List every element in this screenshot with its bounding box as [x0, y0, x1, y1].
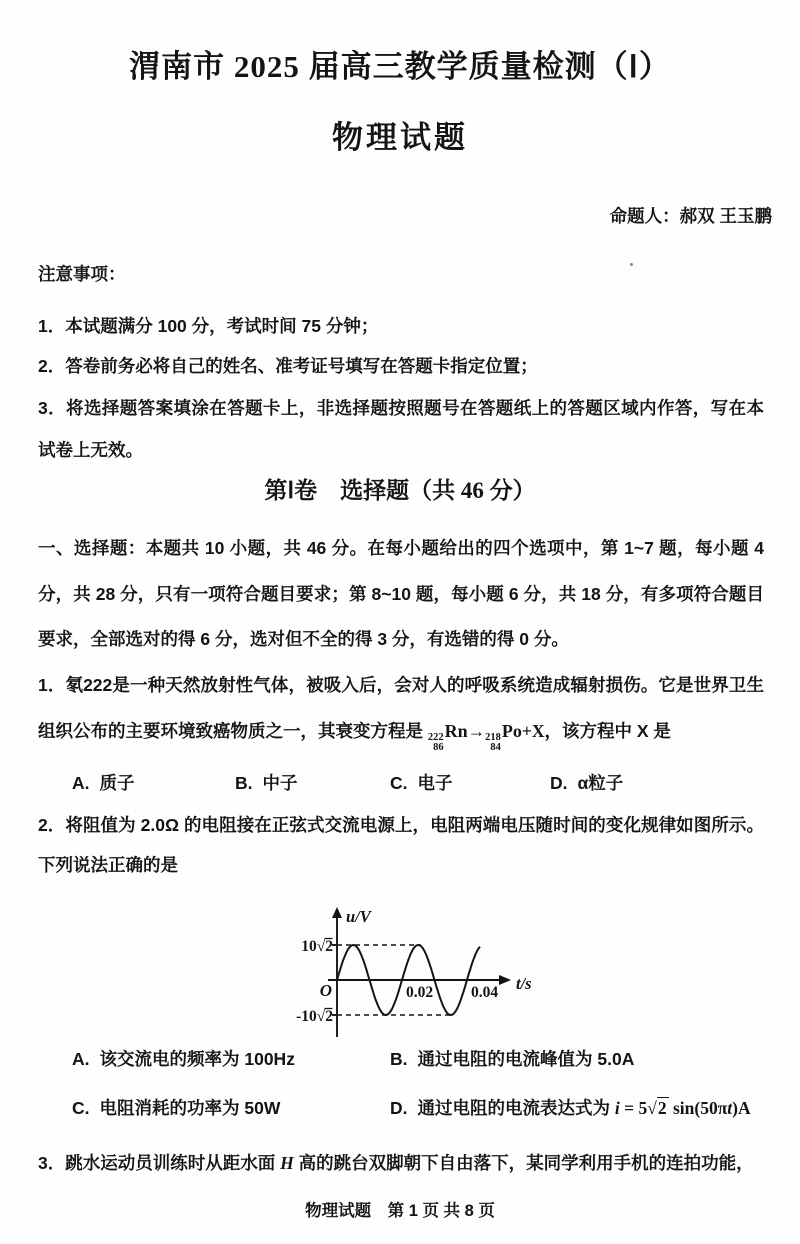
- q2-option-d-sin: sin(50π: [669, 1098, 728, 1118]
- ymin-label: -10√2: [296, 1008, 333, 1025]
- equation-tail: +X: [522, 721, 545, 741]
- q2-option-c-key: C.: [72, 1098, 90, 1118]
- question-1-stem: 1．氡222是一种天然放射性气体，被吸入后，会对人的呼吸系统造成辐射损伤。它是世…: [38, 662, 764, 754]
- exam-title: 渭南市 2025 届高三教学质量检测（Ⅰ）: [0, 41, 800, 86]
- ymax-label: 10√2: [301, 938, 333, 955]
- q1-option-a-key: A.: [72, 773, 90, 793]
- q2-option-d-eq: = 5: [620, 1098, 647, 1118]
- radical-expression: √2: [647, 1097, 668, 1118]
- q1-option-a: A.质子: [72, 772, 235, 795]
- question-2-stem: 2．将阻值为 2.0Ω 的电阻接在正弦式交流电源上，电阻两端电压随时间的变化规律…: [38, 805, 764, 885]
- po-prescripts: 21884: [485, 733, 501, 752]
- q1-option-c-label: 电子: [418, 773, 453, 793]
- xtick-0-04: 0.04: [471, 984, 498, 1001]
- q1-option-b-label: 中子: [263, 773, 298, 793]
- q1-option-d-key: D.: [550, 773, 568, 793]
- q2-option-a-label: 该交流电的频率为 100Hz: [100, 1049, 295, 1069]
- y-axis-label: u/V: [346, 907, 373, 926]
- q2-option-c: C.电阻消耗的功率为 50W: [72, 1097, 390, 1120]
- rn-prescripts: 22286: [428, 733, 444, 752]
- q1-stem-post: ，该方程中 X 是: [545, 721, 671, 741]
- x-axis-arrow-icon: [499, 975, 511, 985]
- q2-option-b: B.通过电阻的电流峰值为 5.0A: [390, 1048, 784, 1071]
- q2-option-d-unit: )A: [732, 1098, 750, 1118]
- question-2-options: A.该交流电的频率为 100Hz B.通过电阻的电流峰值为 5.0A C.电阻消…: [72, 1048, 784, 1120]
- height-variable: H: [280, 1153, 294, 1173]
- exam-setters: 命题人：郝双 王玉鹏: [610, 203, 772, 228]
- q1-option-b: B.中子: [235, 772, 390, 795]
- origin-label: O: [320, 981, 332, 1000]
- subject-title: 物理试题: [0, 112, 800, 157]
- x-axis-label: t/s: [516, 974, 532, 993]
- notice-item-1: 1．本试题满分 100 分，考试时间 75 分钟；: [38, 315, 764, 338]
- section-1-heading: 第Ⅰ卷 选择题（共 46 分）: [0, 472, 800, 505]
- xtick-0-02: 0.02: [406, 984, 433, 1001]
- rn-symbol: Rn: [445, 721, 468, 741]
- q2-option-a-key: A.: [72, 1049, 90, 1069]
- rn-atomic-number: 86: [433, 743, 444, 753]
- q2-option-a: A.该交流电的频率为 100Hz: [72, 1048, 390, 1071]
- section-1-instructions: 一、选择题：本题共 10 小题，共 46 分。在每小题给出的四个选项中，第 1~…: [38, 526, 764, 663]
- po-symbol: Po: [502, 721, 522, 741]
- voltage-time-graph: u/V 10√2 -10√2 O 0.02 0.04 t/s: [270, 905, 555, 1043]
- q2-option-d-text: 通过电阻的电流表达式为: [418, 1098, 615, 1118]
- q2-figure: u/V 10√2 -10√2 O 0.02 0.04 t/s: [270, 905, 555, 1043]
- nuclide-rn-222: 22286Rn: [428, 708, 468, 754]
- notice-heading: 注意事项：: [38, 263, 764, 286]
- question-1-options: A.质子B.中子C.电子D.α粒子: [72, 772, 772, 795]
- q2-option-c-label: 电阻消耗的功率为 50W: [100, 1098, 281, 1118]
- q1-option-c: C.电子: [390, 772, 550, 795]
- q1-option-a-label: 质子: [100, 773, 135, 793]
- y-axis-arrow-icon: [332, 907, 342, 918]
- q2-option-d-key: D.: [390, 1098, 408, 1118]
- question-3-stem: 3．跳水运动员训练时从距水面 H 高的跳台双脚朝下自由落下，某同学利用手机的连拍…: [38, 1143, 764, 1183]
- q3-stem-text: 3．跳水运动员训练时从距水面: [38, 1153, 280, 1173]
- notice-item-3: 3．将选择题答案填涂在答题卡上，非选择题按照题号在答题纸上的答题区域内作答，写在…: [38, 387, 764, 471]
- q2-option-b-key: B.: [390, 1049, 408, 1069]
- po-atomic-number: 84: [490, 743, 501, 753]
- q2-option-b-label: 通过电阻的电流峰值为 5.0A: [418, 1049, 635, 1069]
- q1-option-d: D.α粒子: [550, 772, 623, 795]
- exam-paper-page: 渭南市 2025 届高三教学质量检测（Ⅰ） 物理试题 命题人：郝双 王玉鹏 注意…: [0, 0, 800, 1244]
- notice-item-2: 2．答卷前务必将自己的姓名、准考证号填写在答题卡指定位置；: [38, 355, 764, 378]
- decay-arrow: →: [468, 721, 486, 741]
- q1-option-d-label: α粒子: [578, 773, 624, 793]
- q1-option-b-key: B.: [235, 773, 253, 793]
- q2-option-d: D.通过电阻的电流表达式为 i = 5√2 sin(50πt)A: [390, 1097, 784, 1120]
- q1-option-c-key: C.: [390, 773, 408, 793]
- nuclide-po-218: 21884Po: [485, 708, 522, 754]
- radicand: 2: [657, 1097, 669, 1118]
- q3-stem-post: 高的跳台双脚朝下自由落下，某同学利用手机的连拍功能，: [294, 1153, 754, 1173]
- page-footer: 物理试题 第 1 页 共 8 页: [0, 1197, 800, 1221]
